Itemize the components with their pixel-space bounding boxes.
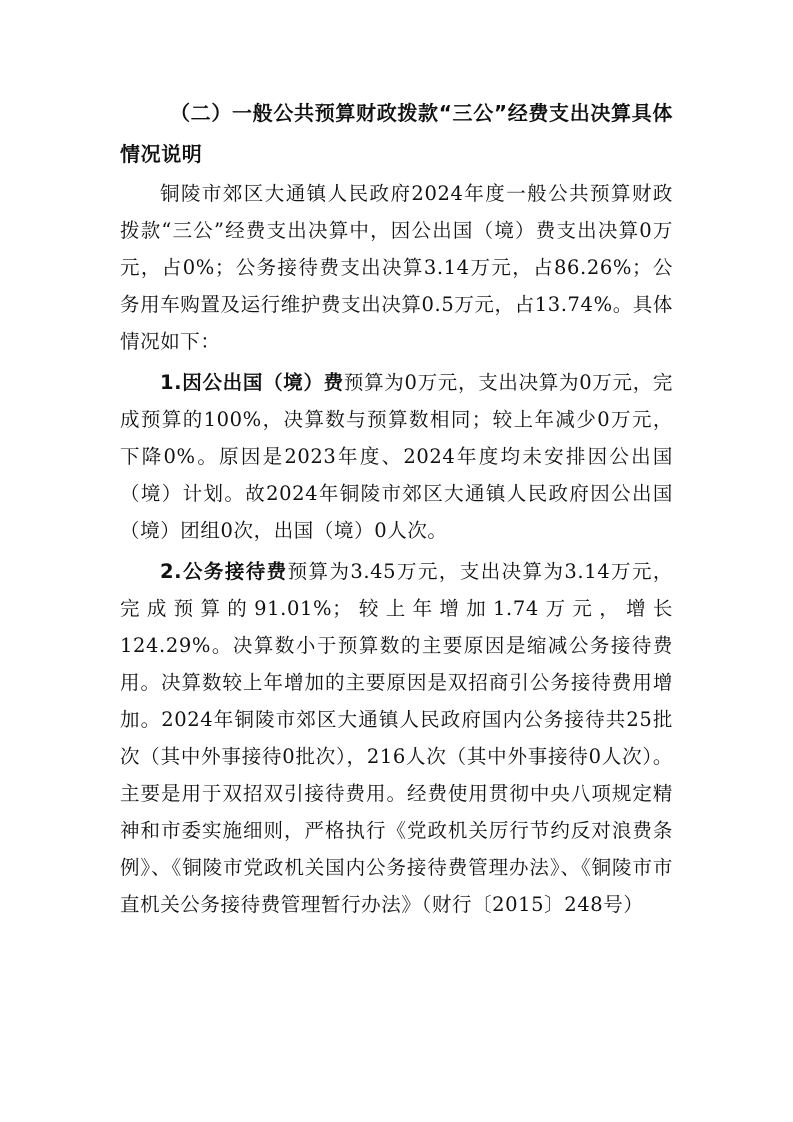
intro-paragraph: 铜陵市郊区大通镇人民政府2024年度一般公共预算财政拨款“三公”经费支出决算中，…: [120, 175, 673, 360]
document-page: （二）一般公共预算财政拨款“三公”经费支出决算具体情况说明 铜陵市郊区大通镇人民…: [120, 93, 673, 923]
section-lead-overseas-travel: 1.因公出国（境）费: [160, 371, 344, 394]
section-paragraph-overseas-travel: 1.因公出国（境）费预算为0万元，支出决算为0万元，完成预算的100%，决算数与…: [120, 364, 673, 549]
section-lead-reception: 2.公务接待费: [160, 560, 288, 583]
section-body-reception: 预算为3.45万元，支出决算为3.14万元，完成预算的91.01%；较上年增加1…: [120, 560, 673, 916]
section-paragraph-reception: 2.公务接待费预算为3.45万元，支出决算为3.14万元，完成预算的91.01%…: [120, 553, 673, 923]
section-body-overseas-travel: 预算为0万元，支出决算为0万元，完成预算的100%，决算数与预算数相同；较上年减…: [120, 371, 673, 542]
section-heading: （二）一般公共预算财政拨款“三公”经费支出决算具体情况说明: [120, 93, 673, 175]
